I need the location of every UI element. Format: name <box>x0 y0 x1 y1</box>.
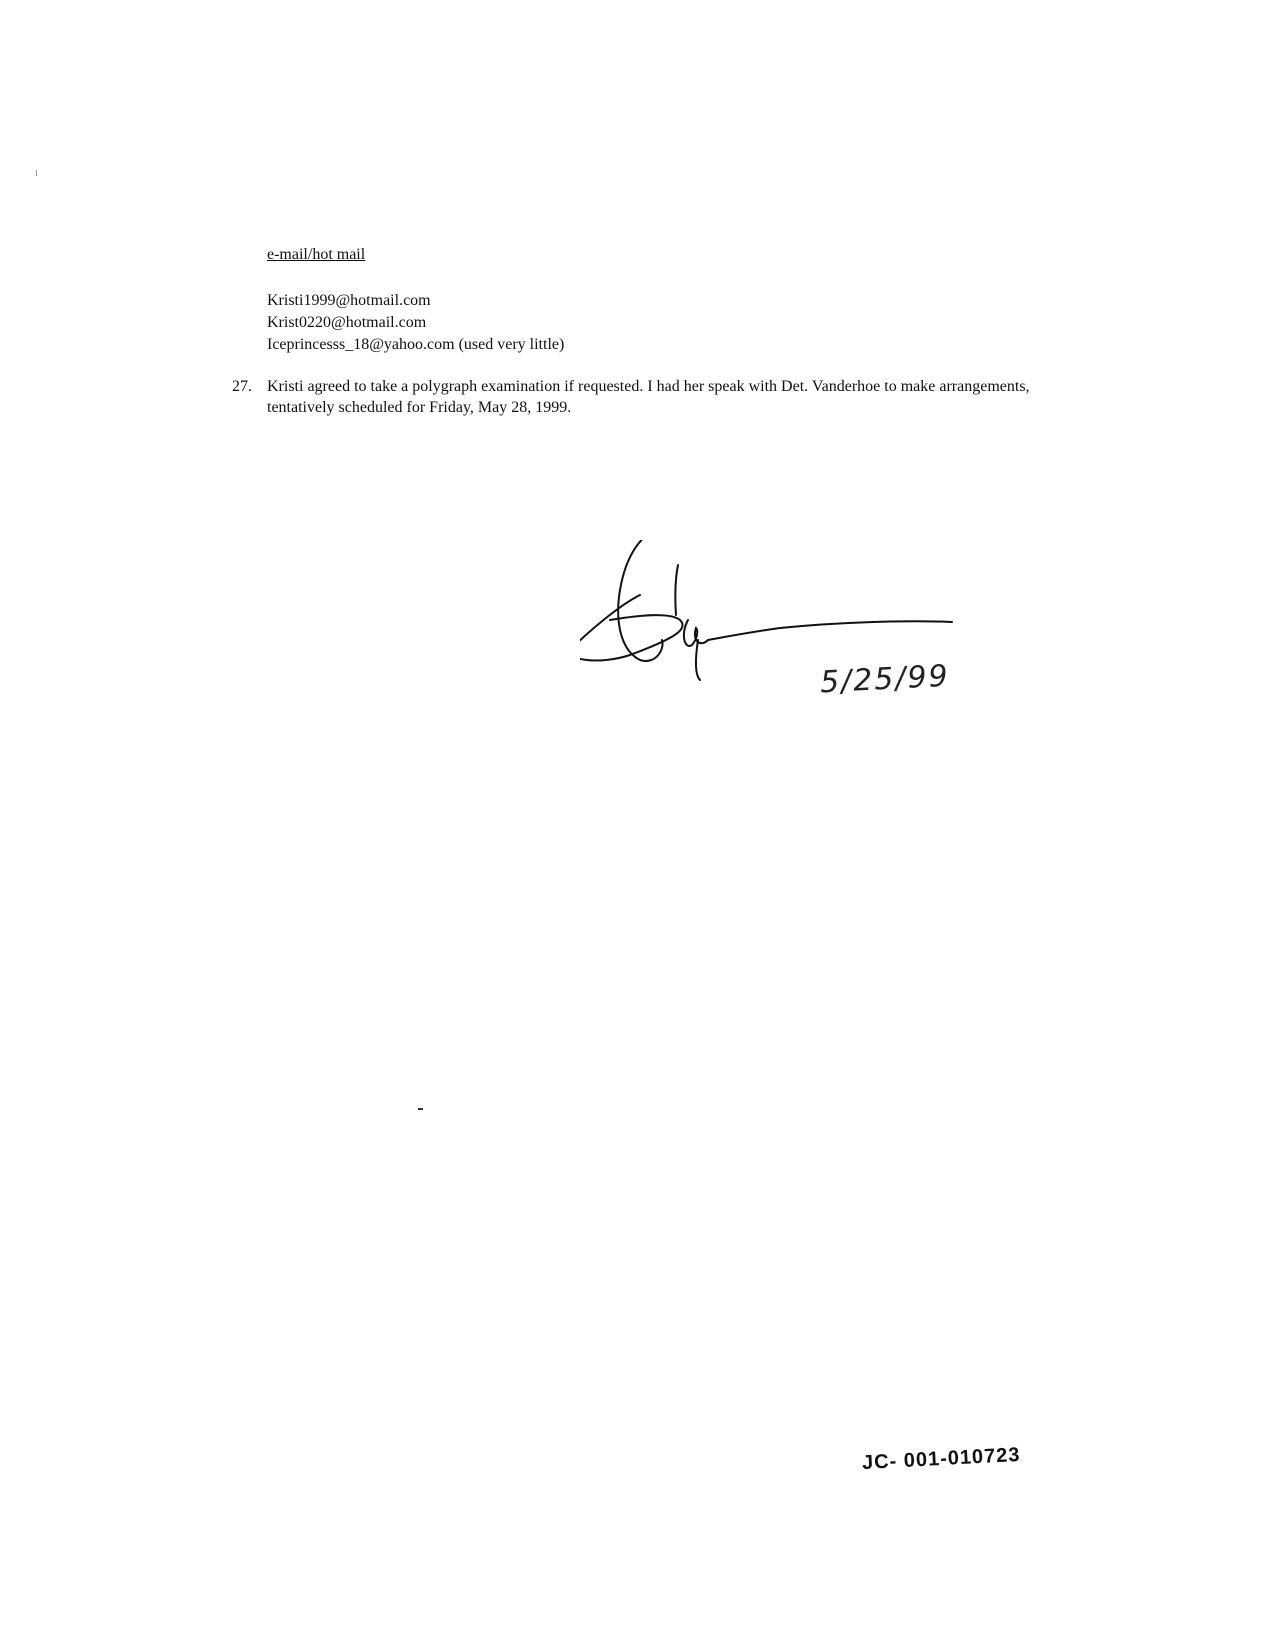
document-page: e-mail/hot mail Kristi1999@hotmail.com K… <box>0 0 1275 1650</box>
paragraph-text: Kristi agreed to take a polygraph examin… <box>267 376 1032 418</box>
scan-speck <box>418 1108 423 1110</box>
bates-number: JC- 001-010723 <box>862 1444 1022 1475</box>
signature-date: 5/25/99 <box>819 659 950 701</box>
email-item: Krist0220@hotmail.com <box>267 312 564 334</box>
section-heading: e-mail/hot mail <box>267 246 365 264</box>
scan-speck <box>36 170 37 176</box>
email-item: Kristi1999@hotmail.com <box>267 290 564 312</box>
email-item: Iceprincesss_18@yahoo.com (used very lit… <box>267 334 564 356</box>
paragraph-number: 27. <box>232 376 252 397</box>
email-list: Kristi1999@hotmail.com Krist0220@hotmail… <box>267 290 564 356</box>
numbered-paragraph: 27. Kristi agreed to take a polygraph ex… <box>232 376 1032 418</box>
